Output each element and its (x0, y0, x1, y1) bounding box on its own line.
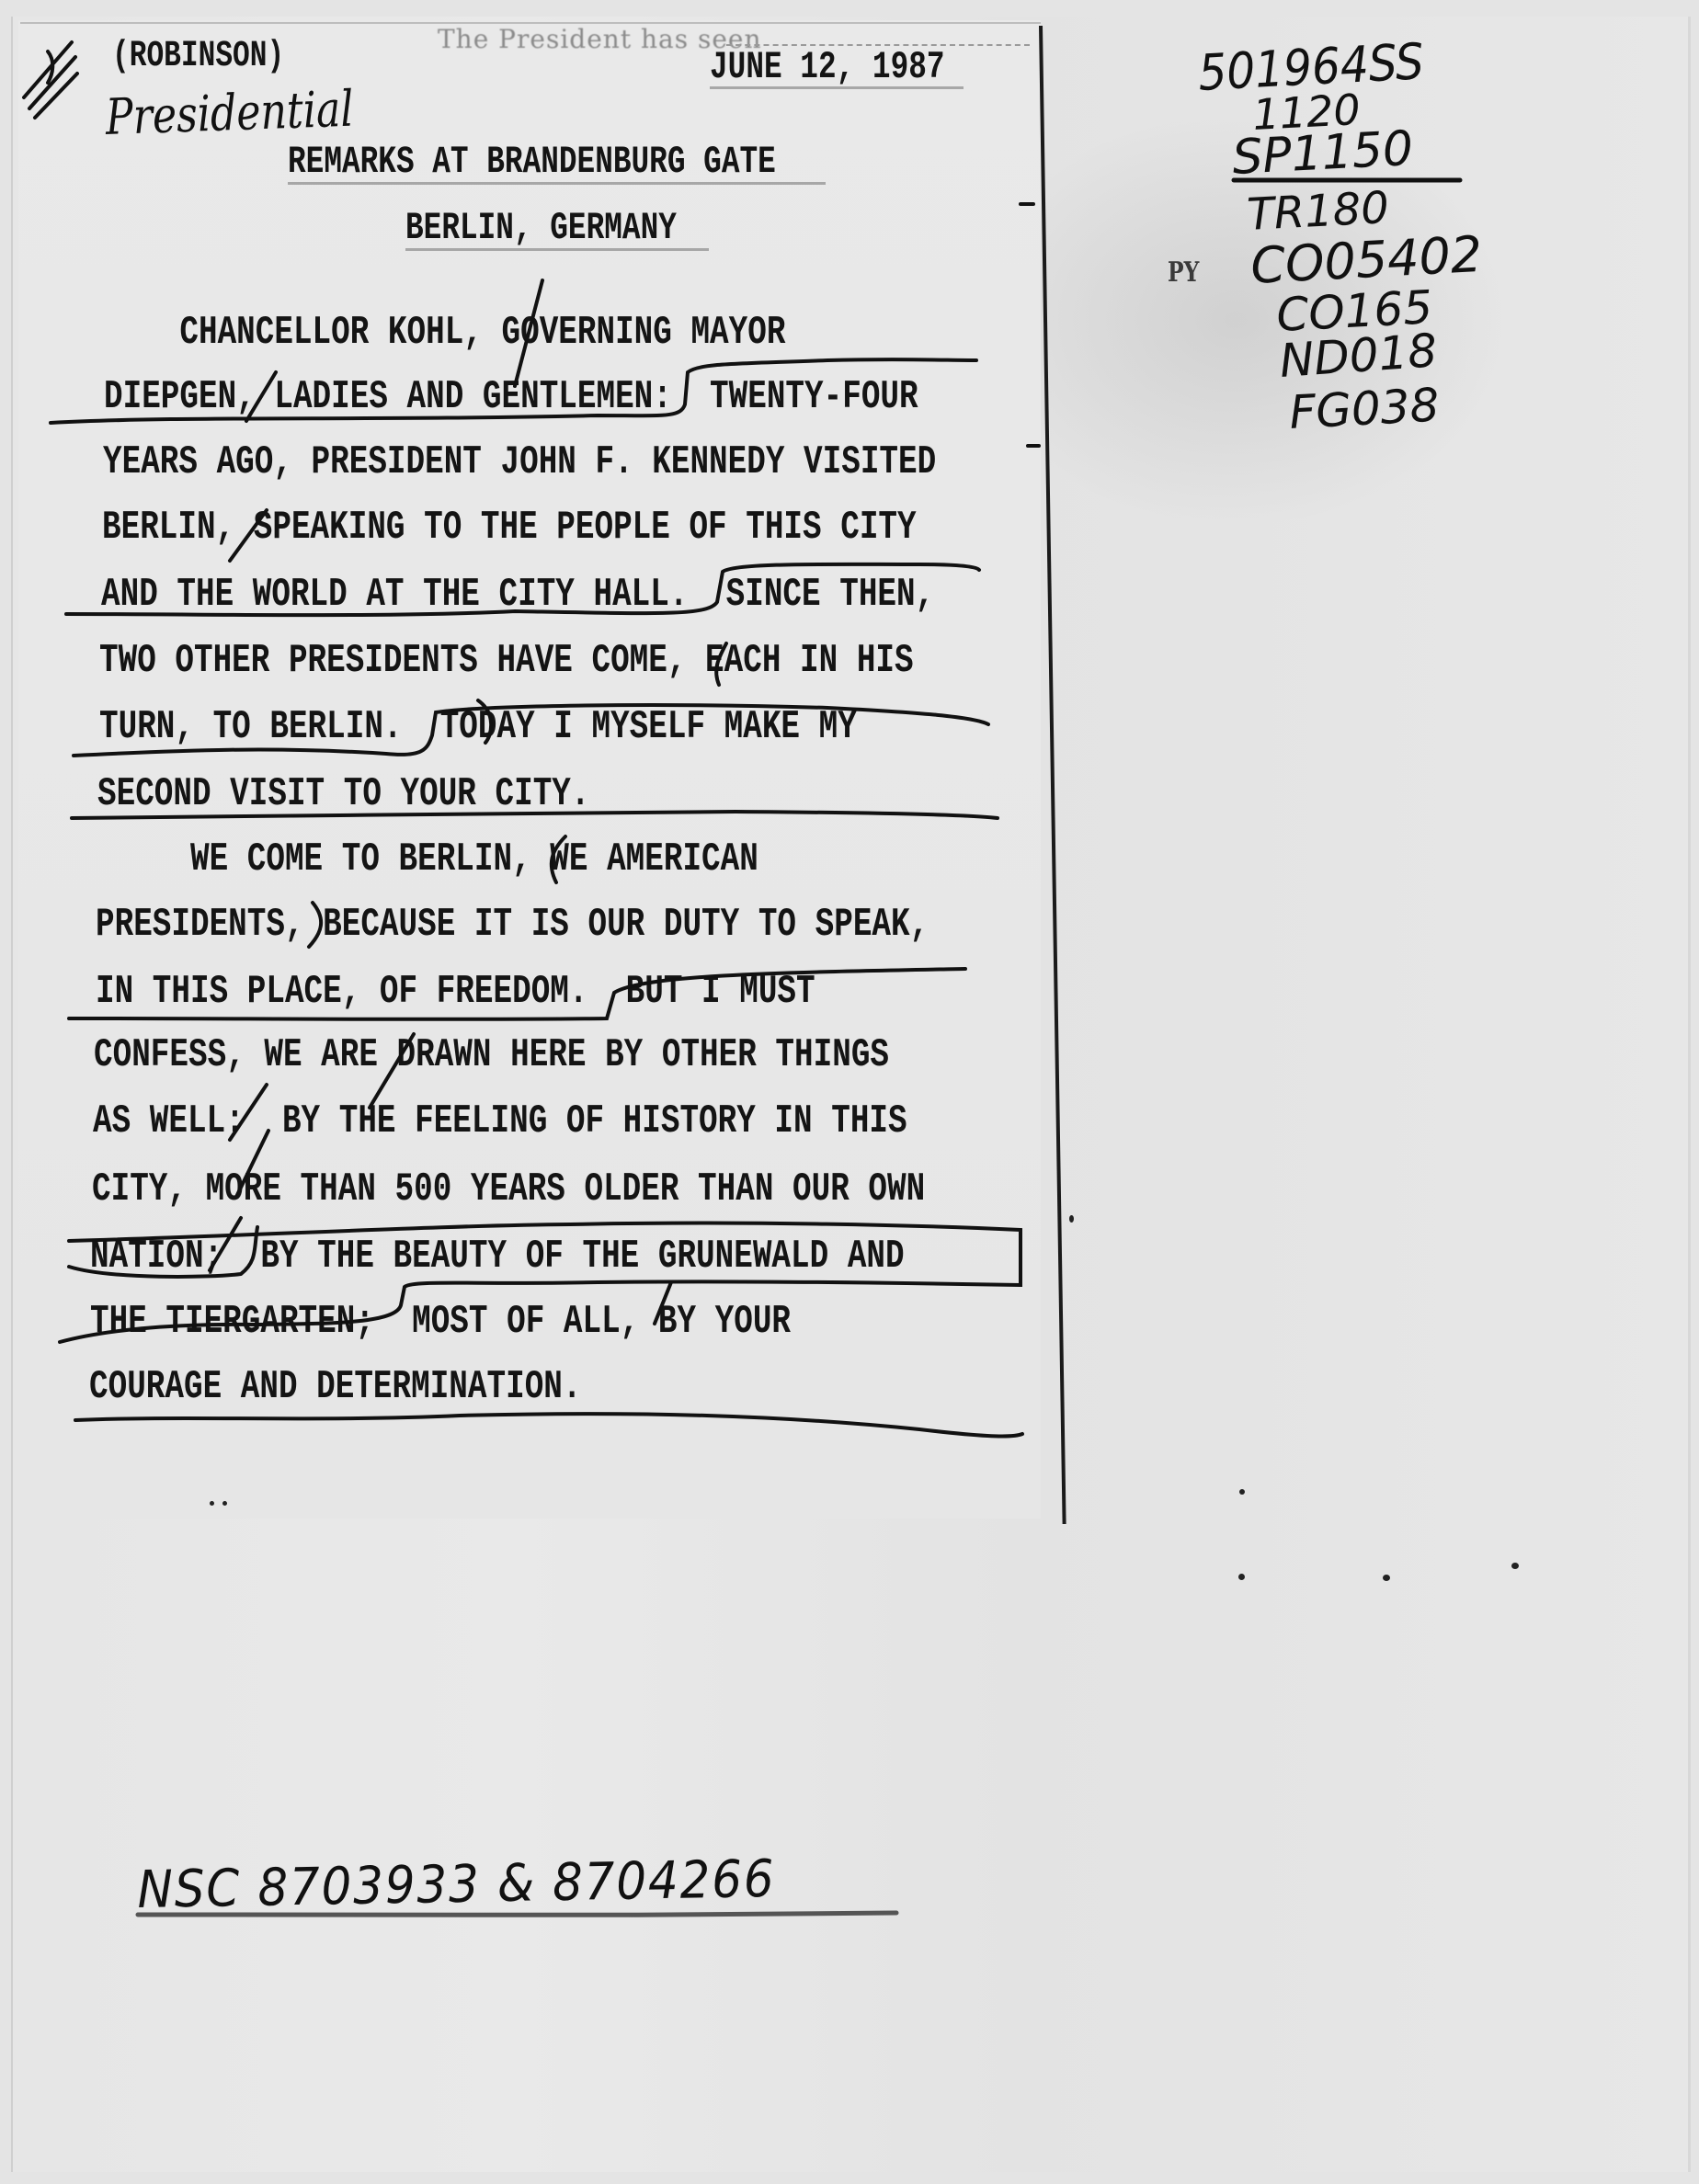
nsc-reference-note: NSC 8703933 & 8704266 (137, 1849, 776, 1920)
speech-line: SECOND VISIT TO YOUR CITY. (97, 774, 589, 814)
speech-line: AS WELL: BY THE FEELING OF HISTORY IN TH… (93, 1101, 907, 1142)
speech-line: CITY, MORE THAN 500 YEARS OLDER THAN OUR… (92, 1169, 925, 1210)
document-title: REMARKS AT BRANDENBURG GATE (288, 142, 776, 181)
speck (1511, 1563, 1519, 1569)
speech-line: THE TIERGARTEN; MOST OF ALL, BY YOUR (90, 1302, 791, 1342)
stamp-py: PY (1168, 259, 1199, 287)
speech-line: CONFESS, WE ARE DRAWN HERE BY OTHER THIN… (94, 1035, 889, 1075)
file-code: ND018 (1278, 324, 1439, 388)
speck (222, 1501, 227, 1506)
location-underline (405, 248, 709, 251)
speck (1069, 1215, 1074, 1223)
speech-line: YEARS AGO, PRESIDENT JOHN F. KENNEDY VIS… (103, 442, 936, 483)
speech-line: CHANCELLOR KOHL, GOVERNING MAYOR (104, 313, 785, 353)
speck (1239, 1489, 1245, 1495)
document-date: JUNE 12, 1987 (710, 48, 945, 86)
document-location: BERLIN, GERMANY (405, 209, 677, 247)
speech-line: TWO OTHER PRESIDENTS HAVE COME, EACH IN … (99, 641, 914, 681)
speech-line: BERLIN, SPEAKING TO THE PEOPLE OF THIS C… (102, 507, 917, 548)
speech-line: AND THE WORLD AT THE CITY HALL. SINCE TH… (101, 574, 934, 615)
title-underline (288, 182, 826, 185)
author-name: (ROBINSON) (112, 39, 284, 75)
speech-line: PRESIDENTS, BECAUSE IT IS OUR DUTY TO SP… (96, 904, 929, 945)
speech-line: NATION; BY THE BEAUTY OF THE GRUNEWALD A… (90, 1236, 905, 1277)
speck (210, 1501, 214, 1506)
speech-line: IN THIS PLACE, OF FREEDOM. BUT I MUST (96, 972, 815, 1012)
speck (1238, 1574, 1245, 1580)
speech-line: DIEPGEN, LADIES AND GENTLEMEN: TWENTY-FO… (104, 377, 918, 417)
handwritten-presidential: Presidential (105, 80, 355, 146)
speech-line: TURN, TO BERLIN. TODAY I MYSELF MAKE MY (99, 707, 857, 747)
speech-line: COURAGE AND DETERMINATION. (89, 1367, 581, 1407)
speech-line: WE COME TO BERLIN, WE AMERICAN (96, 839, 758, 880)
file-code: FG038 (1288, 379, 1441, 439)
date-underline (710, 86, 964, 89)
speck (1383, 1575, 1390, 1581)
file-code: SP1150 (1231, 121, 1415, 186)
